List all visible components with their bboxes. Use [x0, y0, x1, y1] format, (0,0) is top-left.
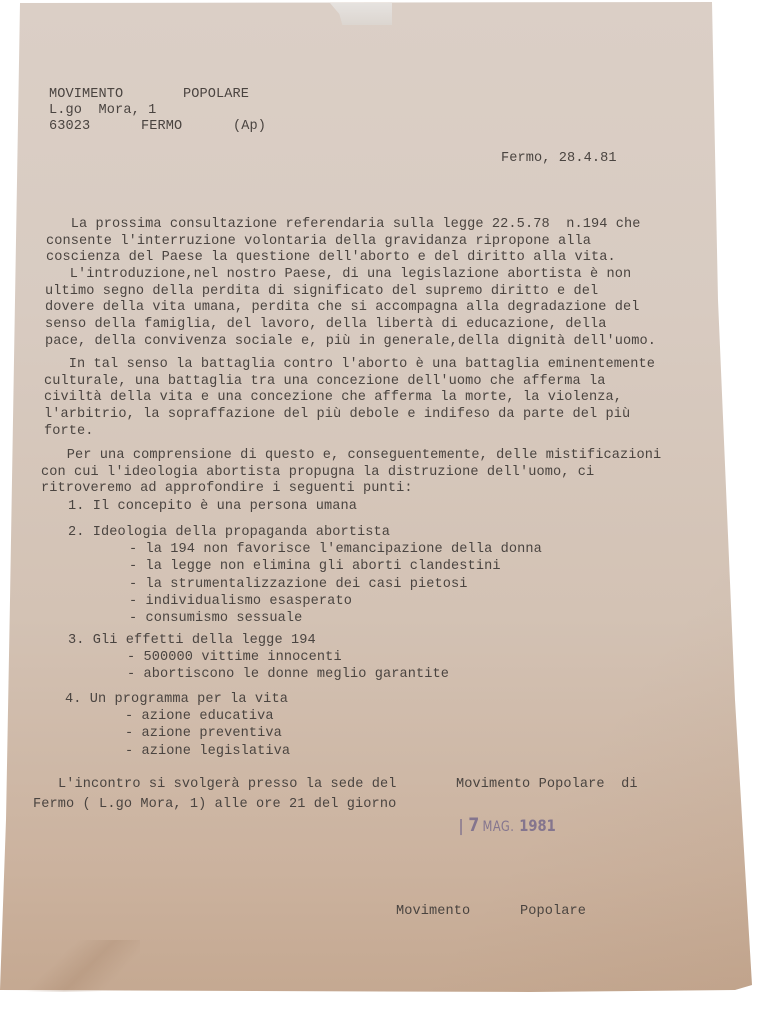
paragraph-line: La prossima consultazione referendaria s… — [46, 216, 641, 233]
paragraph-line: pace, della convivenza sociale e, più in… — [45, 333, 656, 350]
point-heading: 1. Il concepito è una persona umana — [68, 498, 357, 515]
meeting-line1-a: L'incontro si svolgerà presso la sede de… — [58, 776, 397, 793]
paragraph-line: L'introduzione,nel nostro Paese, di una … — [45, 266, 631, 283]
point-heading: 3. Gli effetti della legge 194 — [68, 632, 316, 649]
point-subitem: - consumismo sessuale — [129, 610, 302, 627]
point-heading: 4. Un programma per la vita — [65, 691, 288, 708]
paragraph-line: consente l'interruzione volontaria della… — [46, 233, 591, 250]
stamp-year: 1981 — [519, 816, 556, 835]
scan-stage: MOVIMENTO POPOLARE L.go Mora, 1 63023 FE… — [0, 0, 768, 1024]
point-subitem: - la legge non elimina gli aborti clande… — [129, 558, 501, 575]
point-subitem: - individualismo esasperato — [129, 593, 352, 610]
signature-left: Movimento — [396, 903, 470, 920]
point-subitem: - 500000 vittime innocenti — [127, 649, 342, 666]
meeting-line1-b: Movimento Popolare di — [456, 776, 638, 793]
paragraph-line: ultimo segno della perdita di significat… — [45, 283, 598, 300]
paragraph-line: coscienza del Paese la questione dell'ab… — [46, 249, 616, 266]
date-stamp: |7MAG.1981 — [442, 795, 556, 855]
letterhead-cap: 63023 — [49, 118, 90, 135]
stamp-month: MAG. — [483, 819, 515, 835]
point-subitem: - azione educativa — [125, 708, 274, 725]
paragraph-line: dovere della vita umana, perdita che si … — [45, 299, 640, 316]
stamp-day: 7 — [468, 814, 479, 836]
letterhead-province: (Ap) — [233, 118, 266, 135]
paragraph-line: Per una comprensione di questo e, conseg… — [42, 447, 661, 464]
paragraph-line: senso della famiglia, del lavoro, della … — [45, 316, 607, 333]
date-line: Fermo, 28.4.81 — [501, 150, 617, 167]
point-subitem: - azione preventiva — [125, 725, 282, 742]
point-subitem: - la strumentalizzazione dei casi pietos… — [129, 576, 468, 593]
letterhead-address: L.go Mora, 1 — [49, 102, 156, 119]
point-subitem: - la 194 non favorisce l'emancipazione d… — [129, 541, 542, 558]
paragraph-line: culturale, una battaglia tra una concezi… — [44, 373, 606, 390]
paragraph-line: forte. — [44, 423, 94, 440]
stamp-bar: | — [459, 816, 464, 835]
paper-fold-shadow — [0, 940, 140, 992]
paragraph-line: con cui l'ideologia abortista propugna l… — [41, 464, 594, 481]
paragraph-line: civiltà della vita e una concezione che … — [44, 389, 622, 406]
letterhead-city: FERMO — [141, 118, 182, 135]
paragraph-line: In tal senso la battaglia contro l'abort… — [44, 356, 655, 373]
paragraph-line: l'arbitrio, la sopraffazione del più deb… — [44, 406, 630, 423]
letterhead-line1-left: MOVIMENTO — [49, 86, 123, 103]
point-subitem: - abortiscono le donne meglio garantite — [127, 666, 449, 683]
letterhead-line1-right: POPOLARE — [183, 86, 249, 103]
point-subitem: - azione legislativa — [125, 743, 290, 760]
point-heading: 2. Ideologia della propaganda abortista — [68, 524, 390, 541]
paragraph-line: ritroveremo ad approfondire i seguenti p… — [41, 480, 413, 497]
meeting-line2: Fermo ( L.go Mora, 1) alle ore 21 del gi… — [33, 796, 396, 813]
signature-right: Popolare — [520, 903, 586, 920]
